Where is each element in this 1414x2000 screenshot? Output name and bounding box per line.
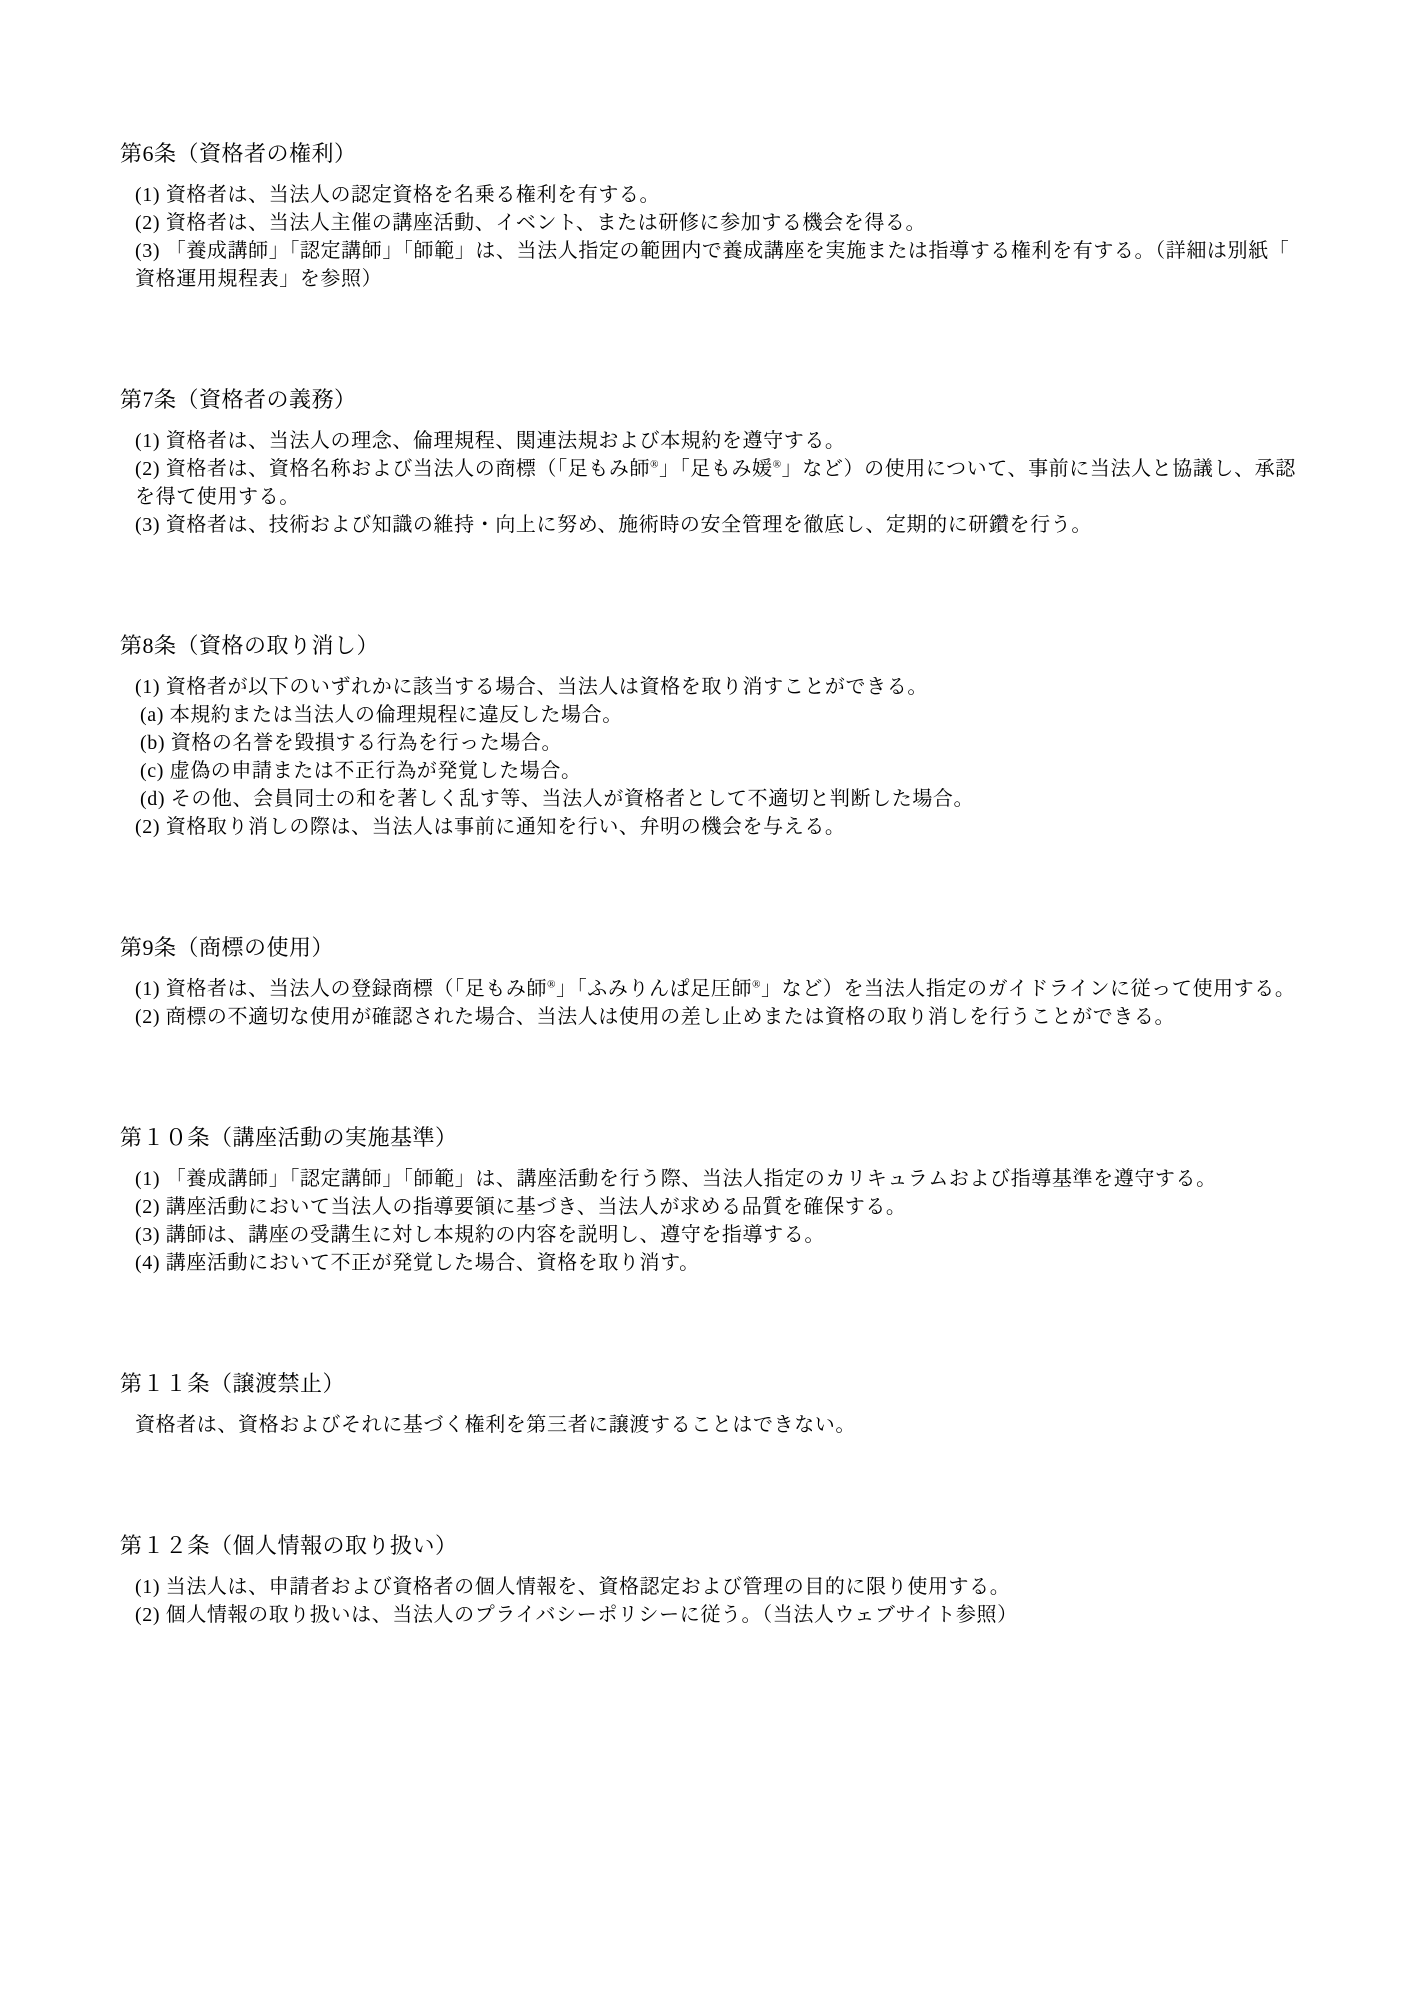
article-item: (2) 個人情報の取り扱いは、当法人のプライバシーポリシーに従う。（当法人ウェブ… bbox=[120, 1601, 1296, 1629]
article-item: (3) 講師は、講座の受講生に対し本規約の内容を説明し、遵守を指導する。 bbox=[120, 1221, 1296, 1249]
article-item: (3) 「養成講師」「認定講師」「師範」は、当法人指定の範囲内で養成講座を実施ま… bbox=[120, 237, 1296, 293]
article-item: (2) 資格者は、当法人主催の講座活動、イベント、または研修に参加する機会を得る… bbox=[120, 209, 1296, 237]
article-9: 第9条（商標の使用） (1) 資格者は、当法人の登録商標（「足もみ師®」「ふみり… bbox=[120, 934, 1296, 1031]
article-item: 資格者は、資格およびそれに基づく権利を第三者に譲渡することはできない。 bbox=[120, 1411, 1296, 1439]
article-subitem: (a) 本規約または当法人の倫理規程に違反した場合。 bbox=[120, 701, 1296, 729]
article-subitem: (b) 資格の名誉を毀損する行為を行った場合。 bbox=[120, 729, 1296, 757]
article-item: (1) 「養成講師」「認定講師」「師範」は、講座活動を行う際、当法人指定のカリキ… bbox=[120, 1165, 1296, 1193]
article-8: 第8条（資格の取り消し） (1) 資格者が以下のいずれかに該当する場合、当法人は… bbox=[120, 632, 1296, 841]
article-heading: 第9条（商標の使用） bbox=[120, 934, 1296, 962]
article-item: (2) 商標の不適切な使用が確認された場合、当法人は使用の差し止めまたは資格の取… bbox=[120, 1003, 1296, 1031]
article-heading: 第１０条（講座活動の実施基準） bbox=[120, 1124, 1296, 1152]
article-item: (3) 資格者は、技術および知識の維持・向上に努め、施術時の安全管理を徹底し、定… bbox=[120, 511, 1296, 539]
article-heading: 第１２条（個人情報の取り扱い） bbox=[120, 1532, 1296, 1560]
article-item: (1) 資格者は、当法人の登録商標（「足もみ師®」「ふみりんぱ足圧師®」など）を… bbox=[120, 975, 1296, 1003]
article-item: (1) 資格者は、当法人の認定資格を名乗る権利を有する。 bbox=[120, 181, 1296, 209]
article-item: (2) 資格者は、資格名称および当法人の商標（「足もみ師®」「足もみ媛®」など）… bbox=[120, 455, 1296, 511]
article-subitem: (d) その他、会員同士の和を著しく乱す等、当法人が資格者として不適切と判断した… bbox=[120, 785, 1296, 813]
article-subitem: (c) 虚偽の申請または不正行為が発覚した場合。 bbox=[120, 757, 1296, 785]
article-item: (2) 資格取り消しの際は、当法人は事前に通知を行い、弁明の機会を与える。 bbox=[120, 813, 1296, 841]
article-11: 第１１条（譲渡禁止） 資格者は、資格およびそれに基づく権利を第三者に譲渡すること… bbox=[120, 1370, 1296, 1439]
article-12: 第１２条（個人情報の取り扱い） (1) 当法人は、申請者および資格者の個人情報を… bbox=[120, 1532, 1296, 1629]
article-item: (1) 当法人は、申請者および資格者の個人情報を、資格認定および管理の目的に限り… bbox=[120, 1573, 1296, 1601]
article-heading: 第6条（資格者の権利） bbox=[120, 140, 1296, 168]
article-10: 第１０条（講座活動の実施基準） (1) 「養成講師」「認定講師」「師範」は、講座… bbox=[120, 1124, 1296, 1277]
article-7: 第7条（資格者の義務） (1) 資格者は、当法人の理念、倫理規程、関連法規および… bbox=[120, 386, 1296, 539]
article-heading: 第7条（資格者の義務） bbox=[120, 386, 1296, 414]
article-heading: 第8条（資格の取り消し） bbox=[120, 632, 1296, 660]
article-6: 第6条（資格者の権利） (1) 資格者は、当法人の認定資格を名乗る権利を有する。… bbox=[120, 140, 1296, 293]
article-item: (4) 講座活動において不正が発覚した場合、資格を取り消す。 bbox=[120, 1249, 1296, 1277]
article-item: (1) 資格者が以下のいずれかに該当する場合、当法人は資格を取り消すことができる… bbox=[120, 673, 1296, 701]
article-item: (1) 資格者は、当法人の理念、倫理規程、関連法規および本規約を遵守する。 bbox=[120, 427, 1296, 455]
article-item: (2) 講座活動において当法人の指導要領に基づき、当法人が求める品質を確保する。 bbox=[120, 1193, 1296, 1221]
article-heading: 第１１条（譲渡禁止） bbox=[120, 1370, 1296, 1398]
document-page: 第6条（資格者の権利） (1) 資格者は、当法人の認定資格を名乗る権利を有する。… bbox=[0, 0, 1414, 2000]
